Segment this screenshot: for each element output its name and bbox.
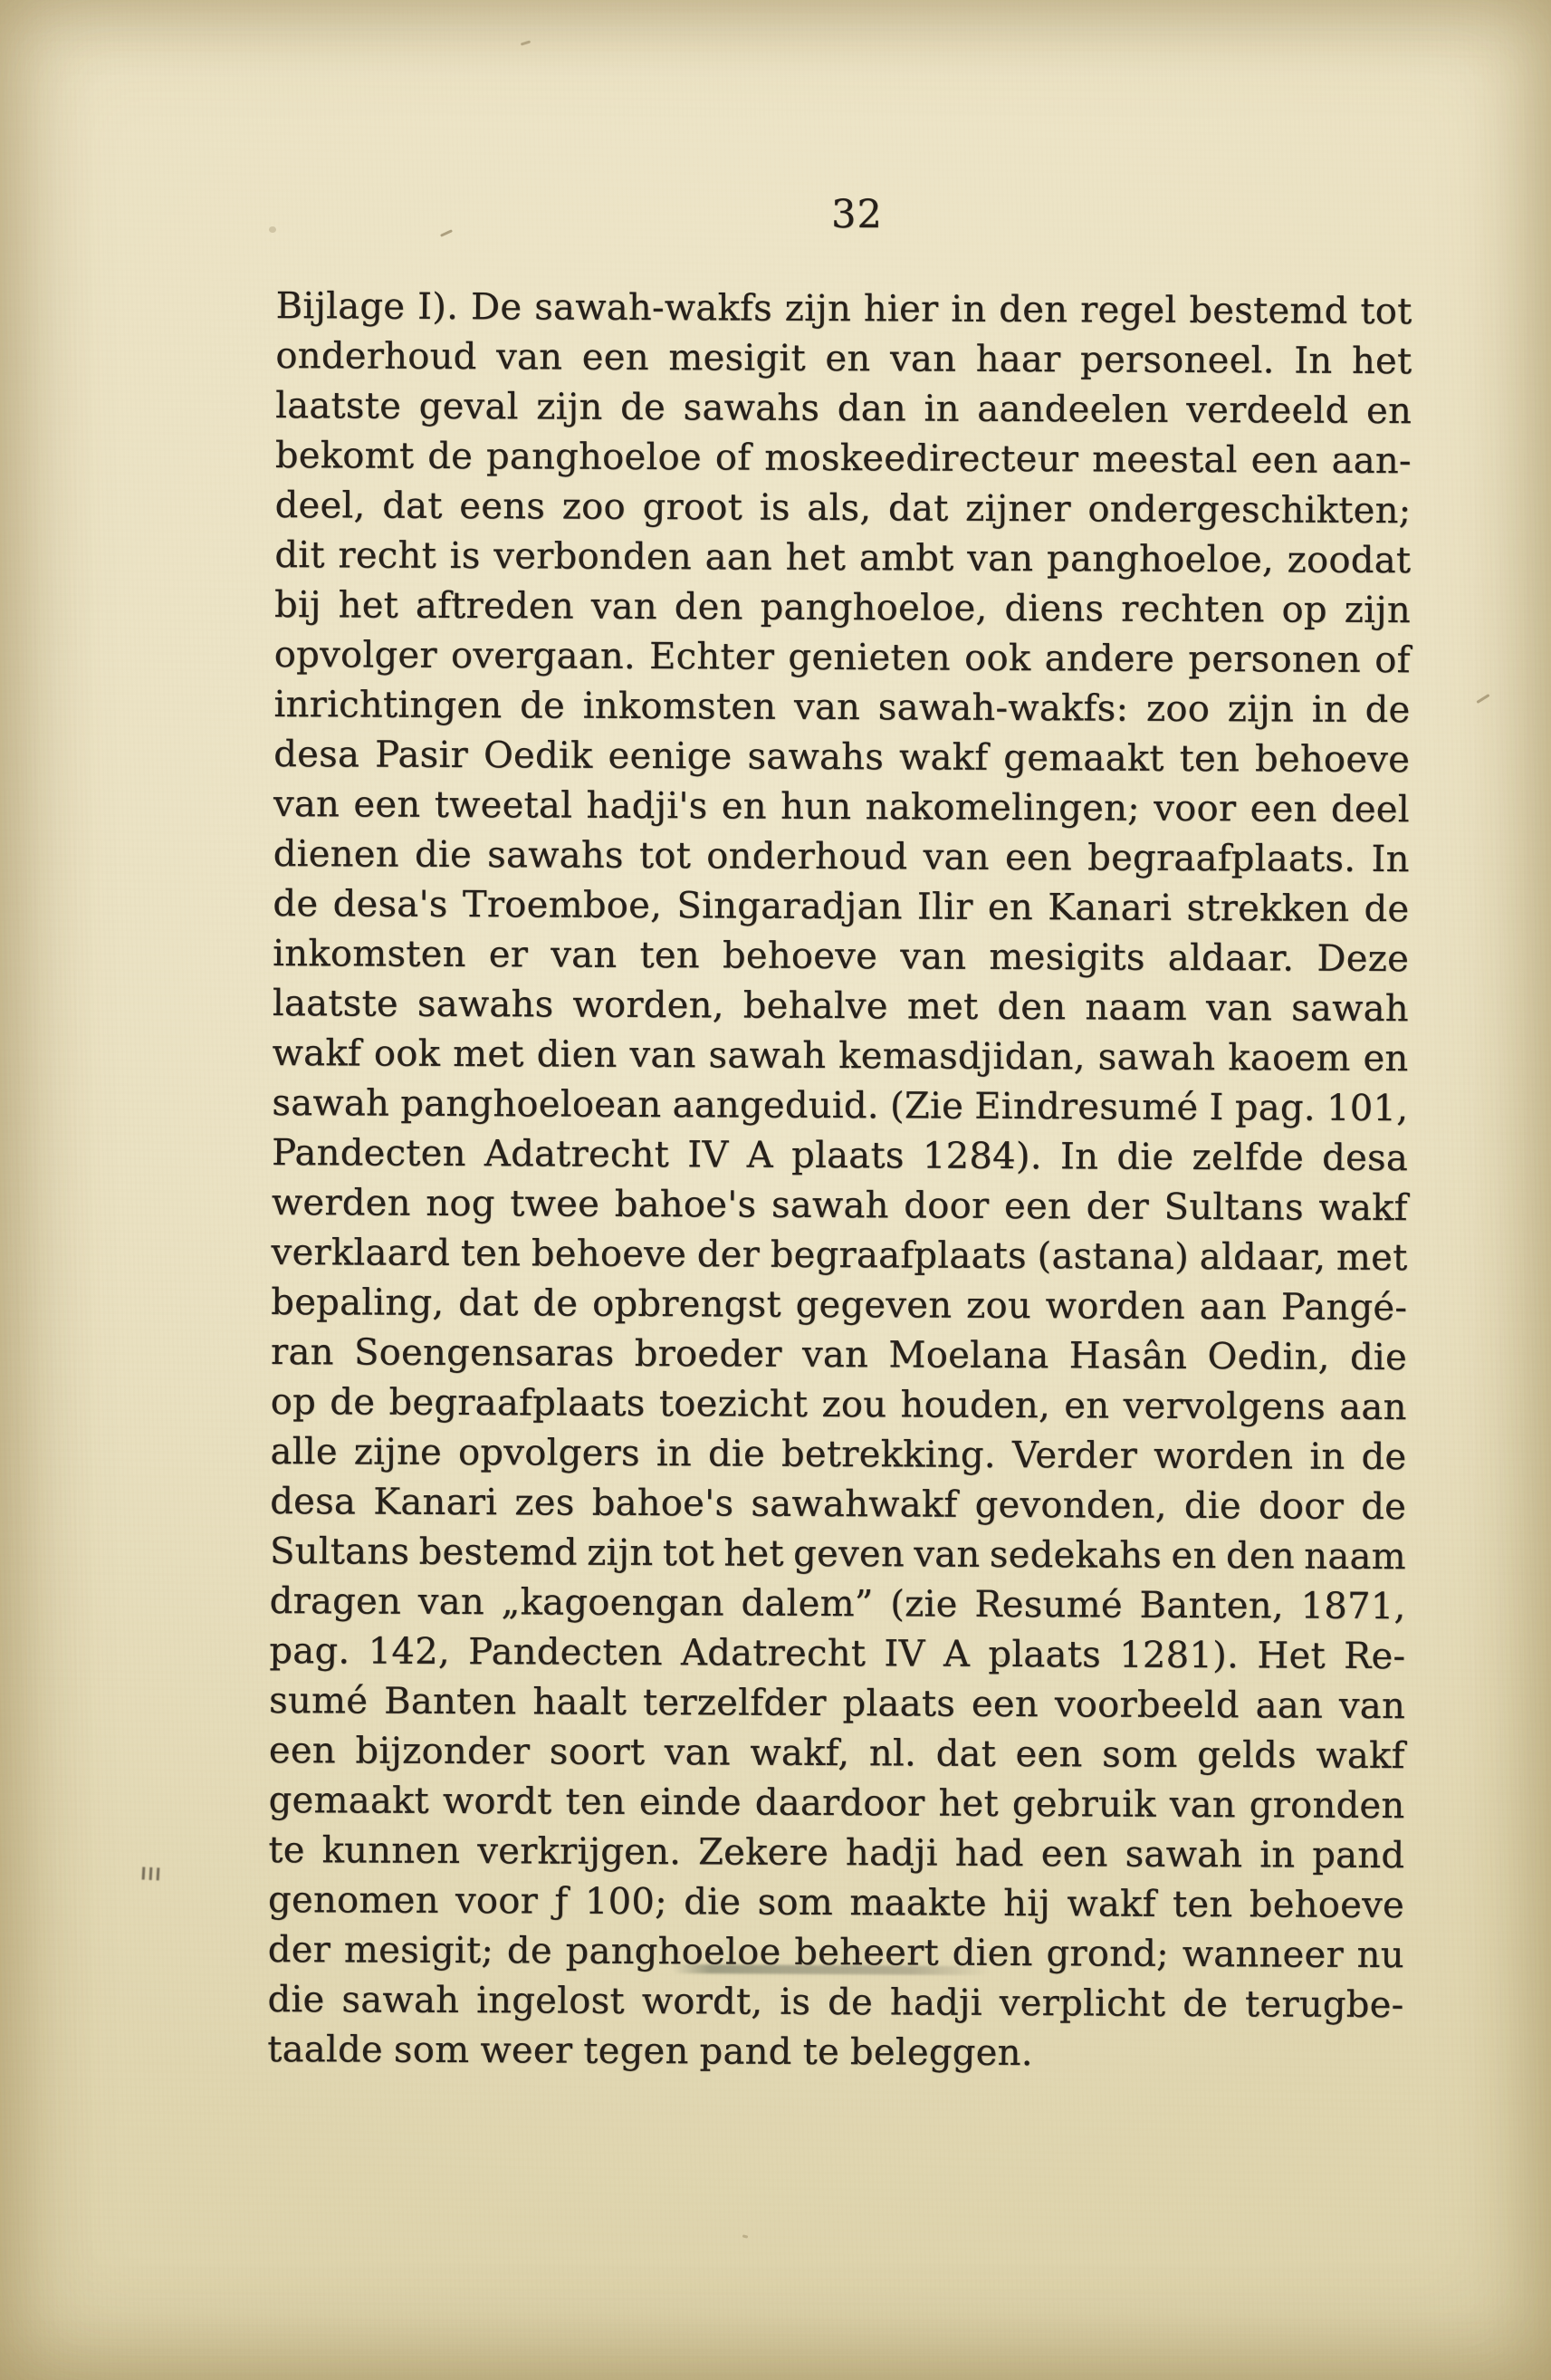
text-line: opvolgerovergaan.Echtergenietenookandere…	[274, 634, 1411, 689]
paper-speck	[742, 2234, 749, 2238]
text-line: vaneentweetalhadji'senhunnakomelingen;vo…	[273, 783, 1410, 839]
text-line: laatstegevalzijndesawahsdaninaandeelenve…	[275, 385, 1412, 440]
scanned-book-page-screenshot: 32 BijlageI).Desawah-wakfszijnhierindenr…	[0, 0, 1551, 2380]
text-line: ranSoengensarasbroedervanMoelanaHasânOed…	[271, 1331, 1407, 1387]
text-line: allezijneopvolgersindiebetrekking.Verder…	[270, 1431, 1406, 1486]
text-line: inrichtingendeinkomstenvansawah-wakfs:zo…	[273, 684, 1410, 739]
text-line: dermesigit;depanghoeloebeheertdiengrond;…	[268, 1929, 1404, 1984]
text-line: ditrechtisverbondenaanhetambtvanpanghoel…	[274, 534, 1411, 590]
text-line: inkomstenervantenbehoevevanmesigitsaldaa…	[273, 933, 1409, 988]
text-line: PandectenAdatrechtIVAplaats1284).Indieze…	[272, 1132, 1408, 1187]
pencil-underline-smudge	[672, 1964, 991, 1975]
text-line: gemaaktwordtteneindedaardoorhetgebruikva…	[269, 1780, 1405, 1835]
text-line: tekunnenverkrijgen.Zekerehadjihadeensawa…	[268, 1829, 1404, 1885]
text-line: deel,dateenszoogrootisals,datzijneronder…	[274, 485, 1411, 540]
text-line: diesawahingelostwordt,isdehadjiverplicht…	[267, 1979, 1403, 2034]
text-line: eenbijzondersoortvanwakf,nl.dateensomgel…	[269, 1730, 1405, 1785]
paper-speck	[1476, 694, 1489, 704]
paper-background: 32 BijlageI).Desawah-wakfszijnhierindenr…	[0, 0, 1551, 2380]
paper-speck	[269, 226, 276, 233]
text-line: werdennogtweebahoe'ssawahdooreenderSulta…	[272, 1182, 1408, 1237]
text-line: dragenvan„kagoengandalem”(zieResuméBante…	[270, 1580, 1406, 1636]
text-line: opdebegraafplaatstoezichtzouhouden,enver…	[271, 1381, 1407, 1436]
text-line: bekomtdepanghoeloeofmoskeedirecteurmeest…	[275, 435, 1412, 490]
text-line: suméBantenhaaltterzelfderplaatseenvoorbe…	[269, 1680, 1405, 1735]
body-text-paragraph: BijlageI).Desawah-wakfszijnhierindenrege…	[267, 285, 1412, 2084]
text-line: pag.142,PandectenAdatrechtIVAplaats1281)…	[269, 1630, 1405, 1685]
text-line: desaPasirOedikeenigesawahswakfgemaaktten…	[273, 734, 1410, 789]
text-line: desaKanarizesbahoe'ssawahwakfgevonden,di…	[270, 1481, 1406, 1536]
text-line: dedesa'sTroemboe,SingaradjanIlirenKanari…	[273, 883, 1409, 938]
text-line: taaldesomweertegenpandtebeleggen.	[267, 2029, 1403, 2084]
text-line: wakfookmetdienvansawahkemasdjidan,sawahk…	[273, 1032, 1409, 1088]
paper-speck	[1000, 1659, 1004, 1663]
text-line: BijlageI).Desawah-wakfszijnhierindenrege…	[276, 285, 1412, 341]
text-line: verklaardtenbehoevederbegraafplaats(asta…	[271, 1232, 1407, 1287]
text-line: Sultansbestemdzijntothetgevenvansedekahs…	[270, 1531, 1406, 1586]
text-line: genomenvoorƒ100;diesommaaktehijwakftenbe…	[268, 1879, 1404, 1934]
paper-speck	[521, 40, 531, 45]
paper-speck	[1210, 1067, 1213, 1070]
margin-ink-blemish	[142, 1867, 162, 1880]
text-line: laatstesawahsworden,behalvemetdennaamvan…	[273, 983, 1409, 1038]
text-line: bijhetaftredenvandenpanghoeloe,diensrech…	[274, 584, 1411, 639]
text-line: dienendiesawahstotonderhoudvaneenbegraaf…	[273, 833, 1410, 888]
page-number: 32	[289, 192, 1425, 237]
text-line: onderhoudvaneenmesigitenvanhaarpersoneel…	[275, 335, 1412, 390]
text-line: bepaling,datdeopbrengstgegevenzouwordena…	[271, 1281, 1407, 1337]
text-line: sawahpanghoeloeanaangeduid.(ZieEindresum…	[272, 1082, 1408, 1137]
